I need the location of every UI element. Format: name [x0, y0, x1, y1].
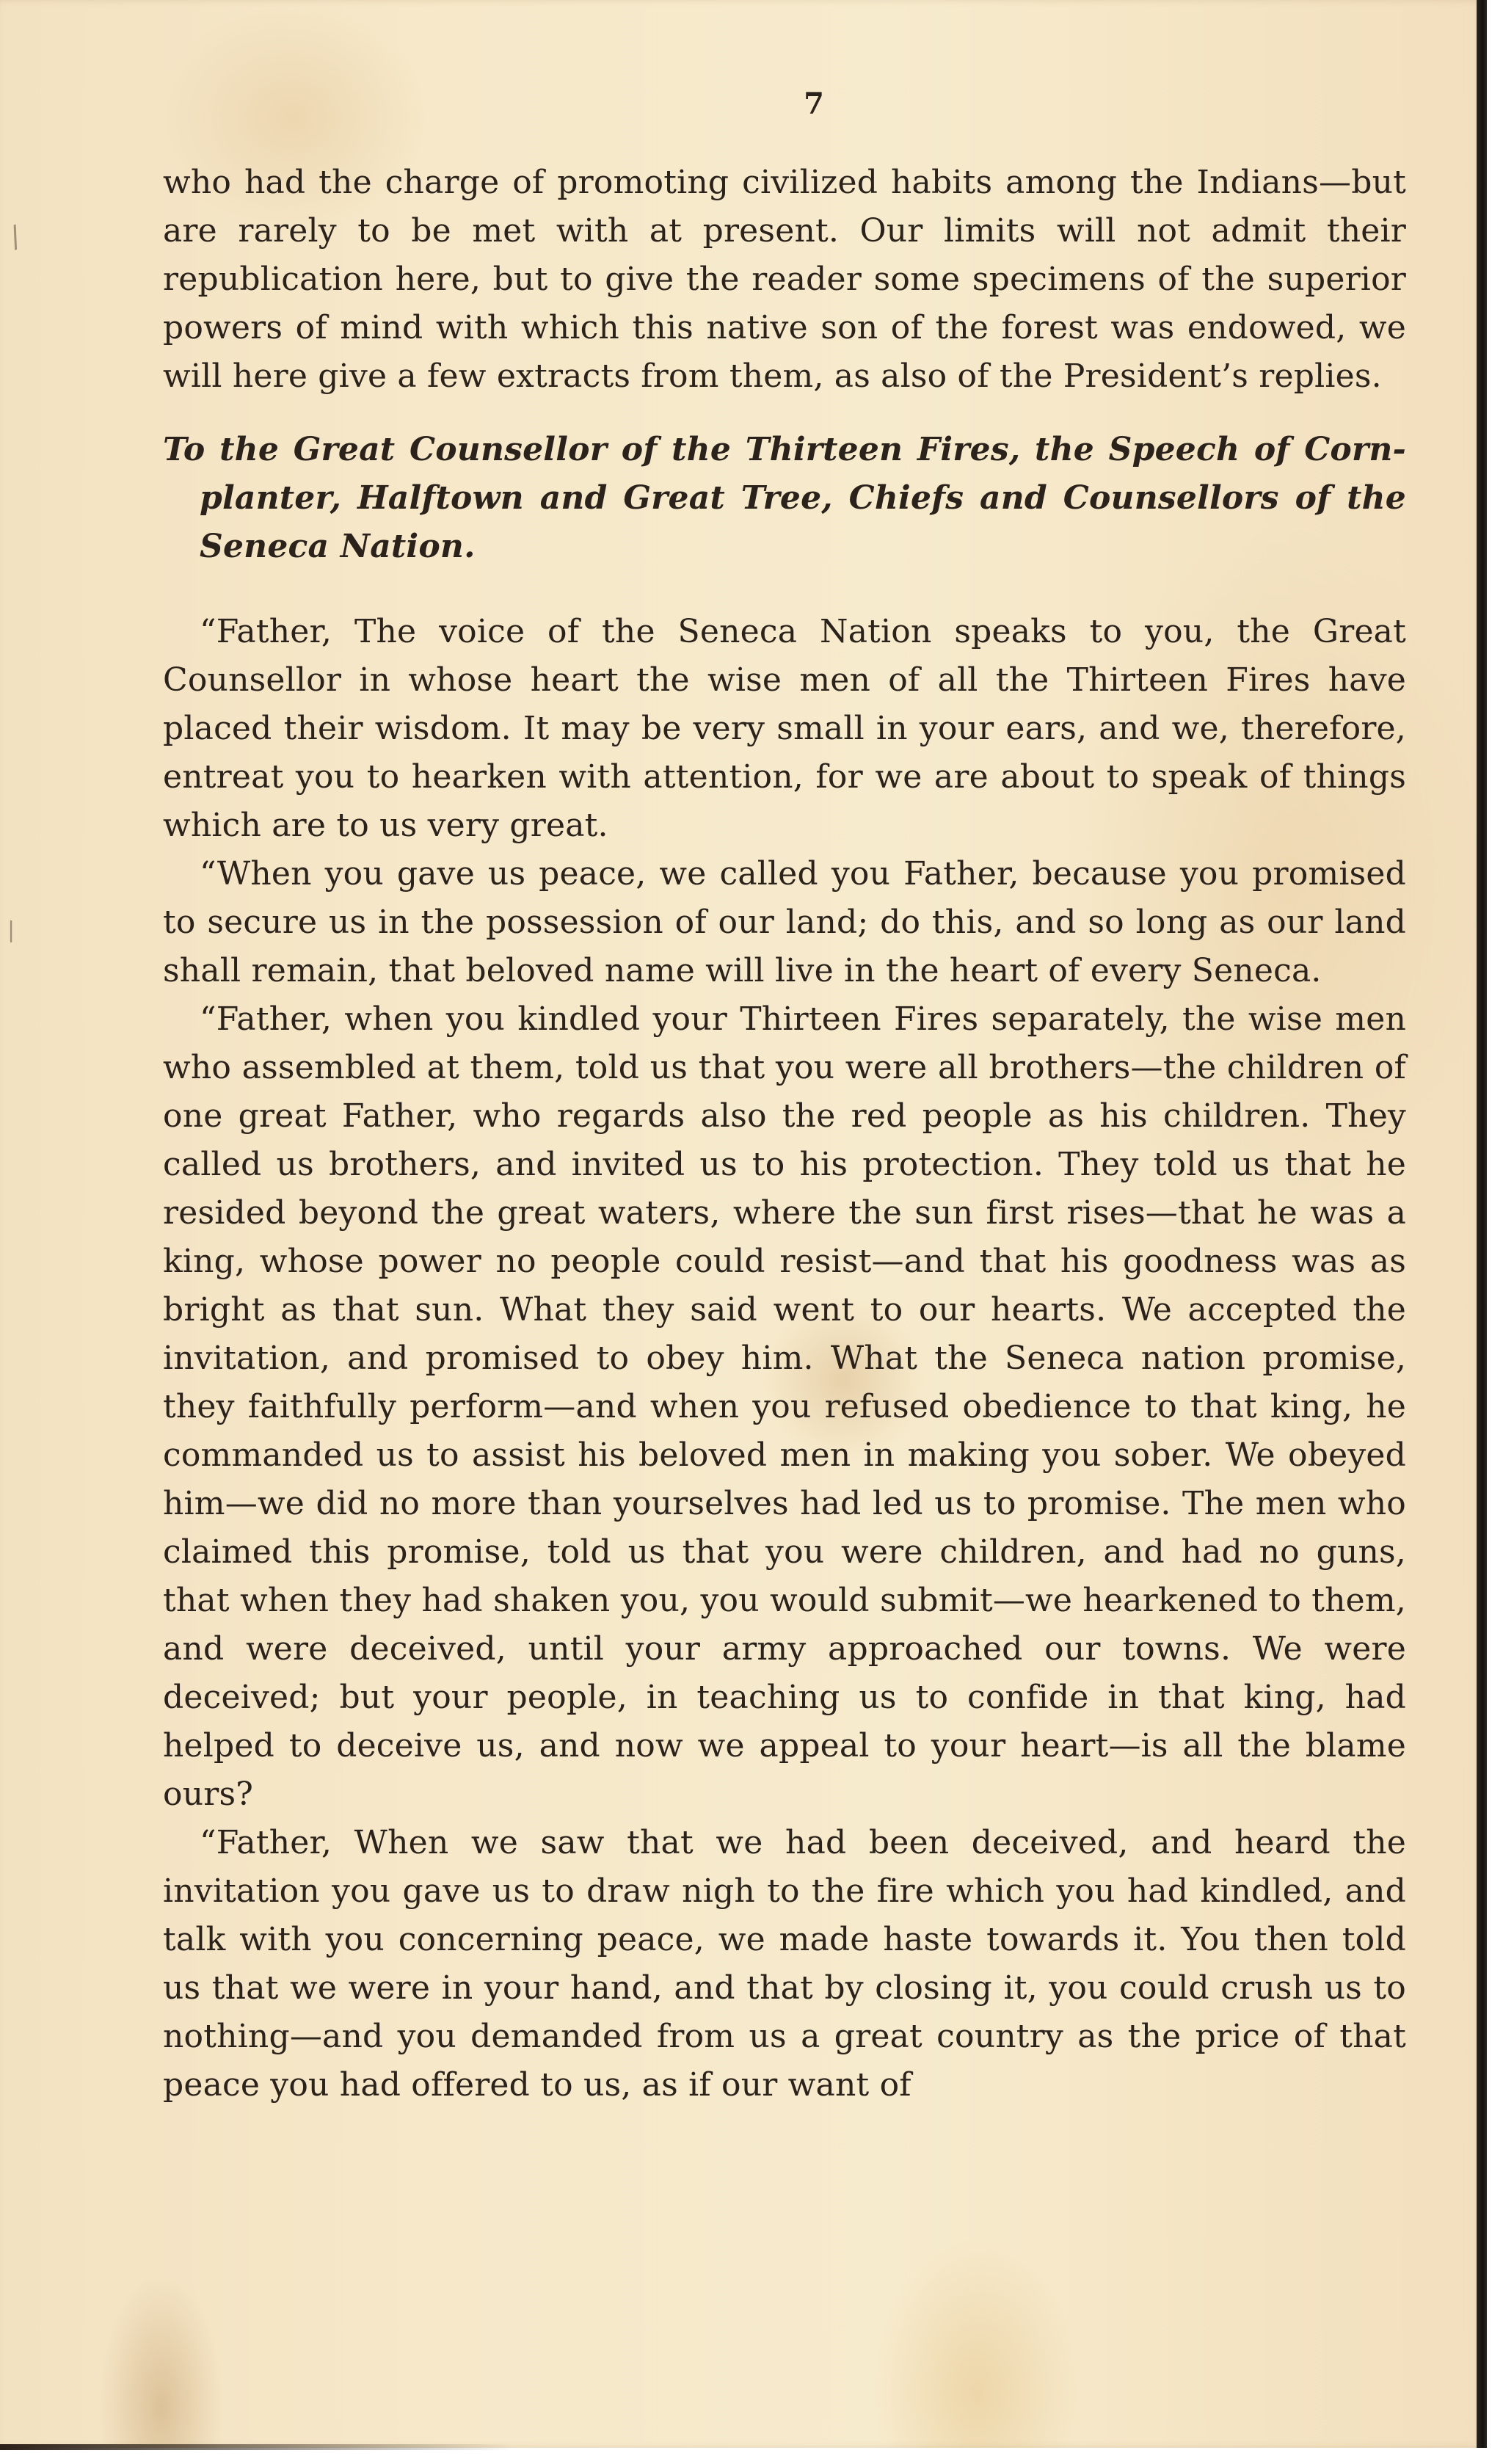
speech-heading: To the Great Counsellor of the Thirteen … [163, 426, 1406, 571]
speech-body: “Father, The voice of the Seneca Nation … [163, 608, 1406, 2109]
speech-paragraph: “Father, when you kindled your Thirteen … [163, 995, 1406, 1819]
page-number: 7 [163, 87, 1406, 122]
speech-paragraph: “When you gave us peace, we called you F… [163, 850, 1406, 995]
margin-pencil-mark: | [7, 917, 15, 943]
scanned-book-page: 7 who had the charge of promoting civili… [0, 0, 1482, 2448]
page-content: 7 who had the charge of promoting civili… [163, 87, 1406, 2109]
page-bottom-shadow [0, 2444, 514, 2450]
speech-paragraph: “Father, When we saw that we had been de… [163, 1819, 1406, 2109]
margin-pencil-mark: / [5, 219, 26, 255]
speech-paragraph: “Father, The voice of the Seneca Nation … [163, 608, 1406, 850]
page-binding-edge [1477, 0, 1487, 2448]
intro-paragraph: who had the charge of promoting civilize… [163, 159, 1406, 401]
